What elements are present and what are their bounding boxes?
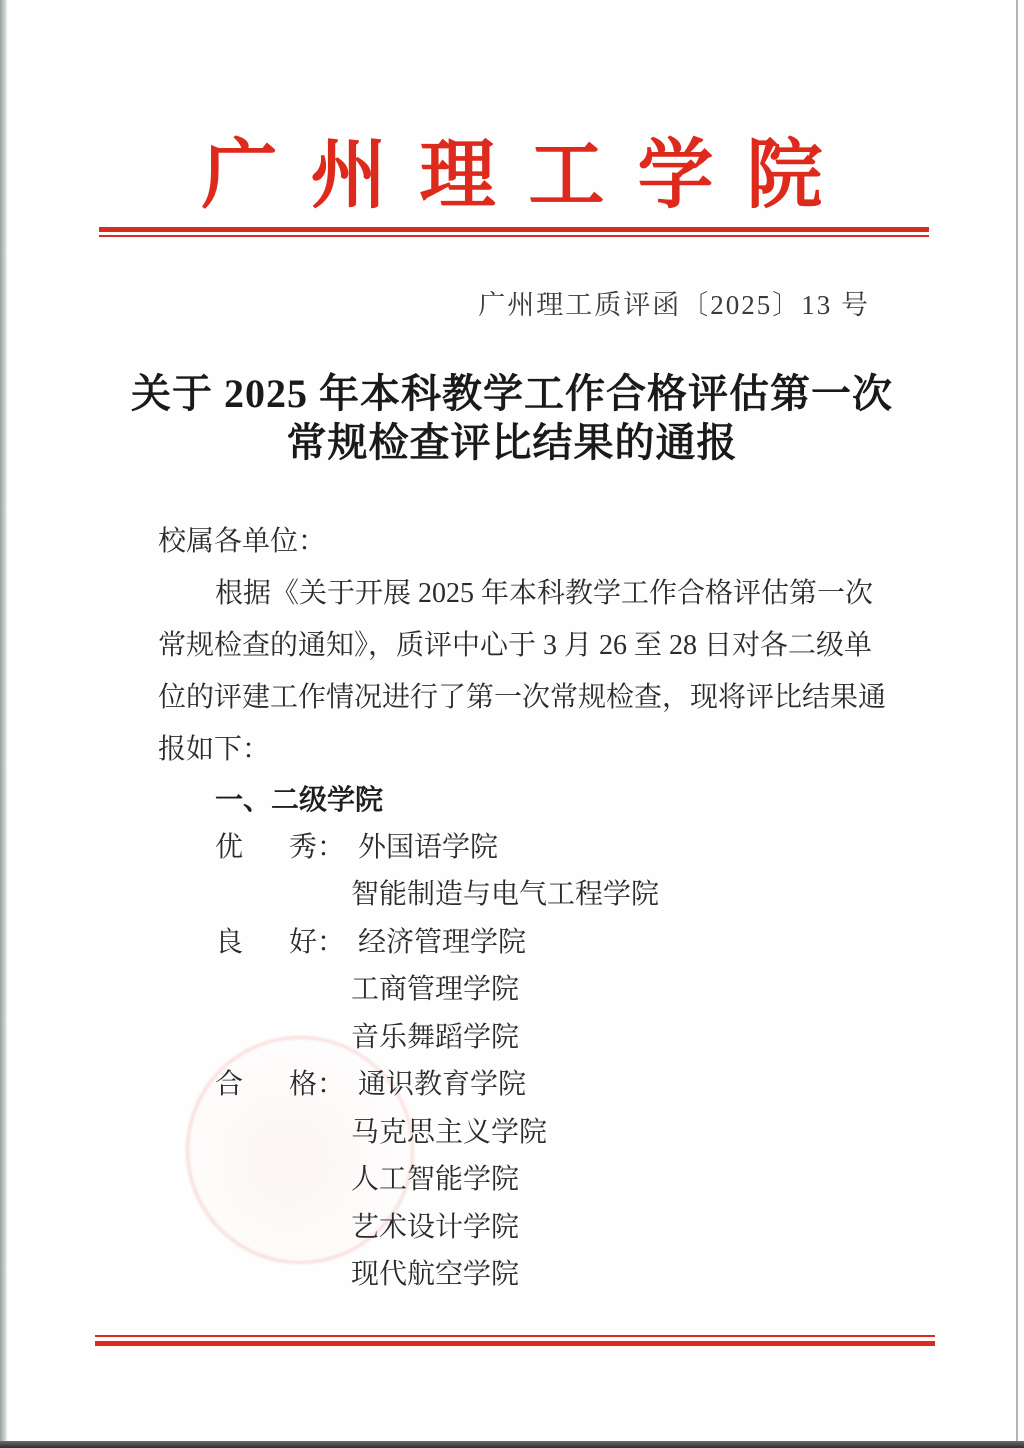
college-name: 通识教育学院 bbox=[358, 1069, 526, 1100]
college-name: 现代航空学院 bbox=[351, 1259, 519, 1290]
rating-row-excellent: 优 秀： 外国语学院 bbox=[158, 824, 872, 872]
paragraph-line: 根据《关于开展 2025 年本科教学工作合格评估第一次 bbox=[158, 568, 872, 620]
letterhead-divider-thick-line bbox=[99, 227, 929, 232]
rating-row-continuation: 人工智能学院 bbox=[158, 1156, 872, 1204]
paragraph-line: 位的评建工作情况进行了第一次常规检查，现将评比结果通 bbox=[158, 672, 872, 724]
grade-label-good: 良 好： bbox=[215, 919, 345, 967]
college-name: 人工智能学院 bbox=[351, 1164, 519, 1195]
rating-row-continuation: 艺术设计学院 bbox=[158, 1204, 872, 1252]
scan-edge-bottom bbox=[0, 1441, 1024, 1448]
college-name: 经济管理学院 bbox=[358, 927, 526, 958]
grade-char: 好： bbox=[289, 919, 345, 967]
college-name: 工商管理学院 bbox=[351, 974, 519, 1005]
grade-char: 合 bbox=[215, 1061, 243, 1109]
rating-row-continuation: 工商管理学院 bbox=[158, 966, 872, 1014]
document-body: 校属各单位： 根据《关于开展 2025 年本科教学工作合格评估第一次 常规检查的… bbox=[158, 516, 872, 1299]
college-name: 马克思主义学院 bbox=[351, 1117, 547, 1148]
rating-row-good: 良 好： 经济管理学院 bbox=[158, 919, 872, 967]
rating-row-continuation: 音乐舞蹈学院 bbox=[158, 1014, 872, 1062]
rating-row-continuation: 现代航空学院 bbox=[158, 1251, 872, 1299]
college-name: 音乐舞蹈学院 bbox=[351, 1022, 519, 1053]
document-title-line2: 常规检查评比结果的通报 bbox=[0, 418, 1024, 467]
document-title-line1: 关于 2025 年本科教学工作合格评估第一次 bbox=[0, 369, 1024, 418]
document-number: 广州理工质评函〔2025〕13 号 bbox=[478, 283, 870, 322]
grade-char: 格： bbox=[289, 1061, 345, 1109]
scanned-document-page: 广州理工学院 广州理工质评函〔2025〕13 号 关于 2025 年本科教学工作… bbox=[0, 0, 1024, 1448]
paragraph-line: 报如下： bbox=[158, 724, 872, 776]
college-name: 外国语学院 bbox=[358, 832, 498, 863]
footer-divider bbox=[95, 1335, 935, 1346]
rating-row-continuation: 马克思主义学院 bbox=[158, 1109, 872, 1157]
paragraph-line: 常规检查的通知》，质评中心于 3 月 26 至 28 日对各二级单 bbox=[158, 620, 872, 672]
grade-char: 良 bbox=[215, 919, 243, 967]
grade-char: 秀： bbox=[289, 824, 345, 872]
grade-label-pass: 合 格： bbox=[215, 1061, 345, 1109]
college-name: 艺术设计学院 bbox=[351, 1212, 519, 1243]
footer-divider-thick-line bbox=[95, 1341, 935, 1346]
letterhead-divider bbox=[99, 227, 929, 237]
section-heading: 一、二级学院 bbox=[158, 776, 872, 824]
rating-row-continuation: 智能制造与电气工程学院 bbox=[158, 871, 872, 919]
salutation: 校属各单位： bbox=[158, 516, 872, 568]
grade-char: 优 bbox=[215, 824, 243, 872]
rating-row-pass: 合 格： 通识教育学院 bbox=[158, 1061, 872, 1109]
footer-divider-thin-line bbox=[95, 1335, 935, 1337]
letterhead-divider-thin-line bbox=[99, 235, 929, 237]
grade-label-excellent: 优 秀： bbox=[215, 824, 345, 872]
document-title: 关于 2025 年本科教学工作合格评估第一次 常规检查评比结果的通报 bbox=[0, 369, 1024, 467]
letterhead-school-name: 广州理工学院 bbox=[0, 130, 1024, 222]
college-name: 智能制造与电气工程学院 bbox=[351, 879, 659, 910]
